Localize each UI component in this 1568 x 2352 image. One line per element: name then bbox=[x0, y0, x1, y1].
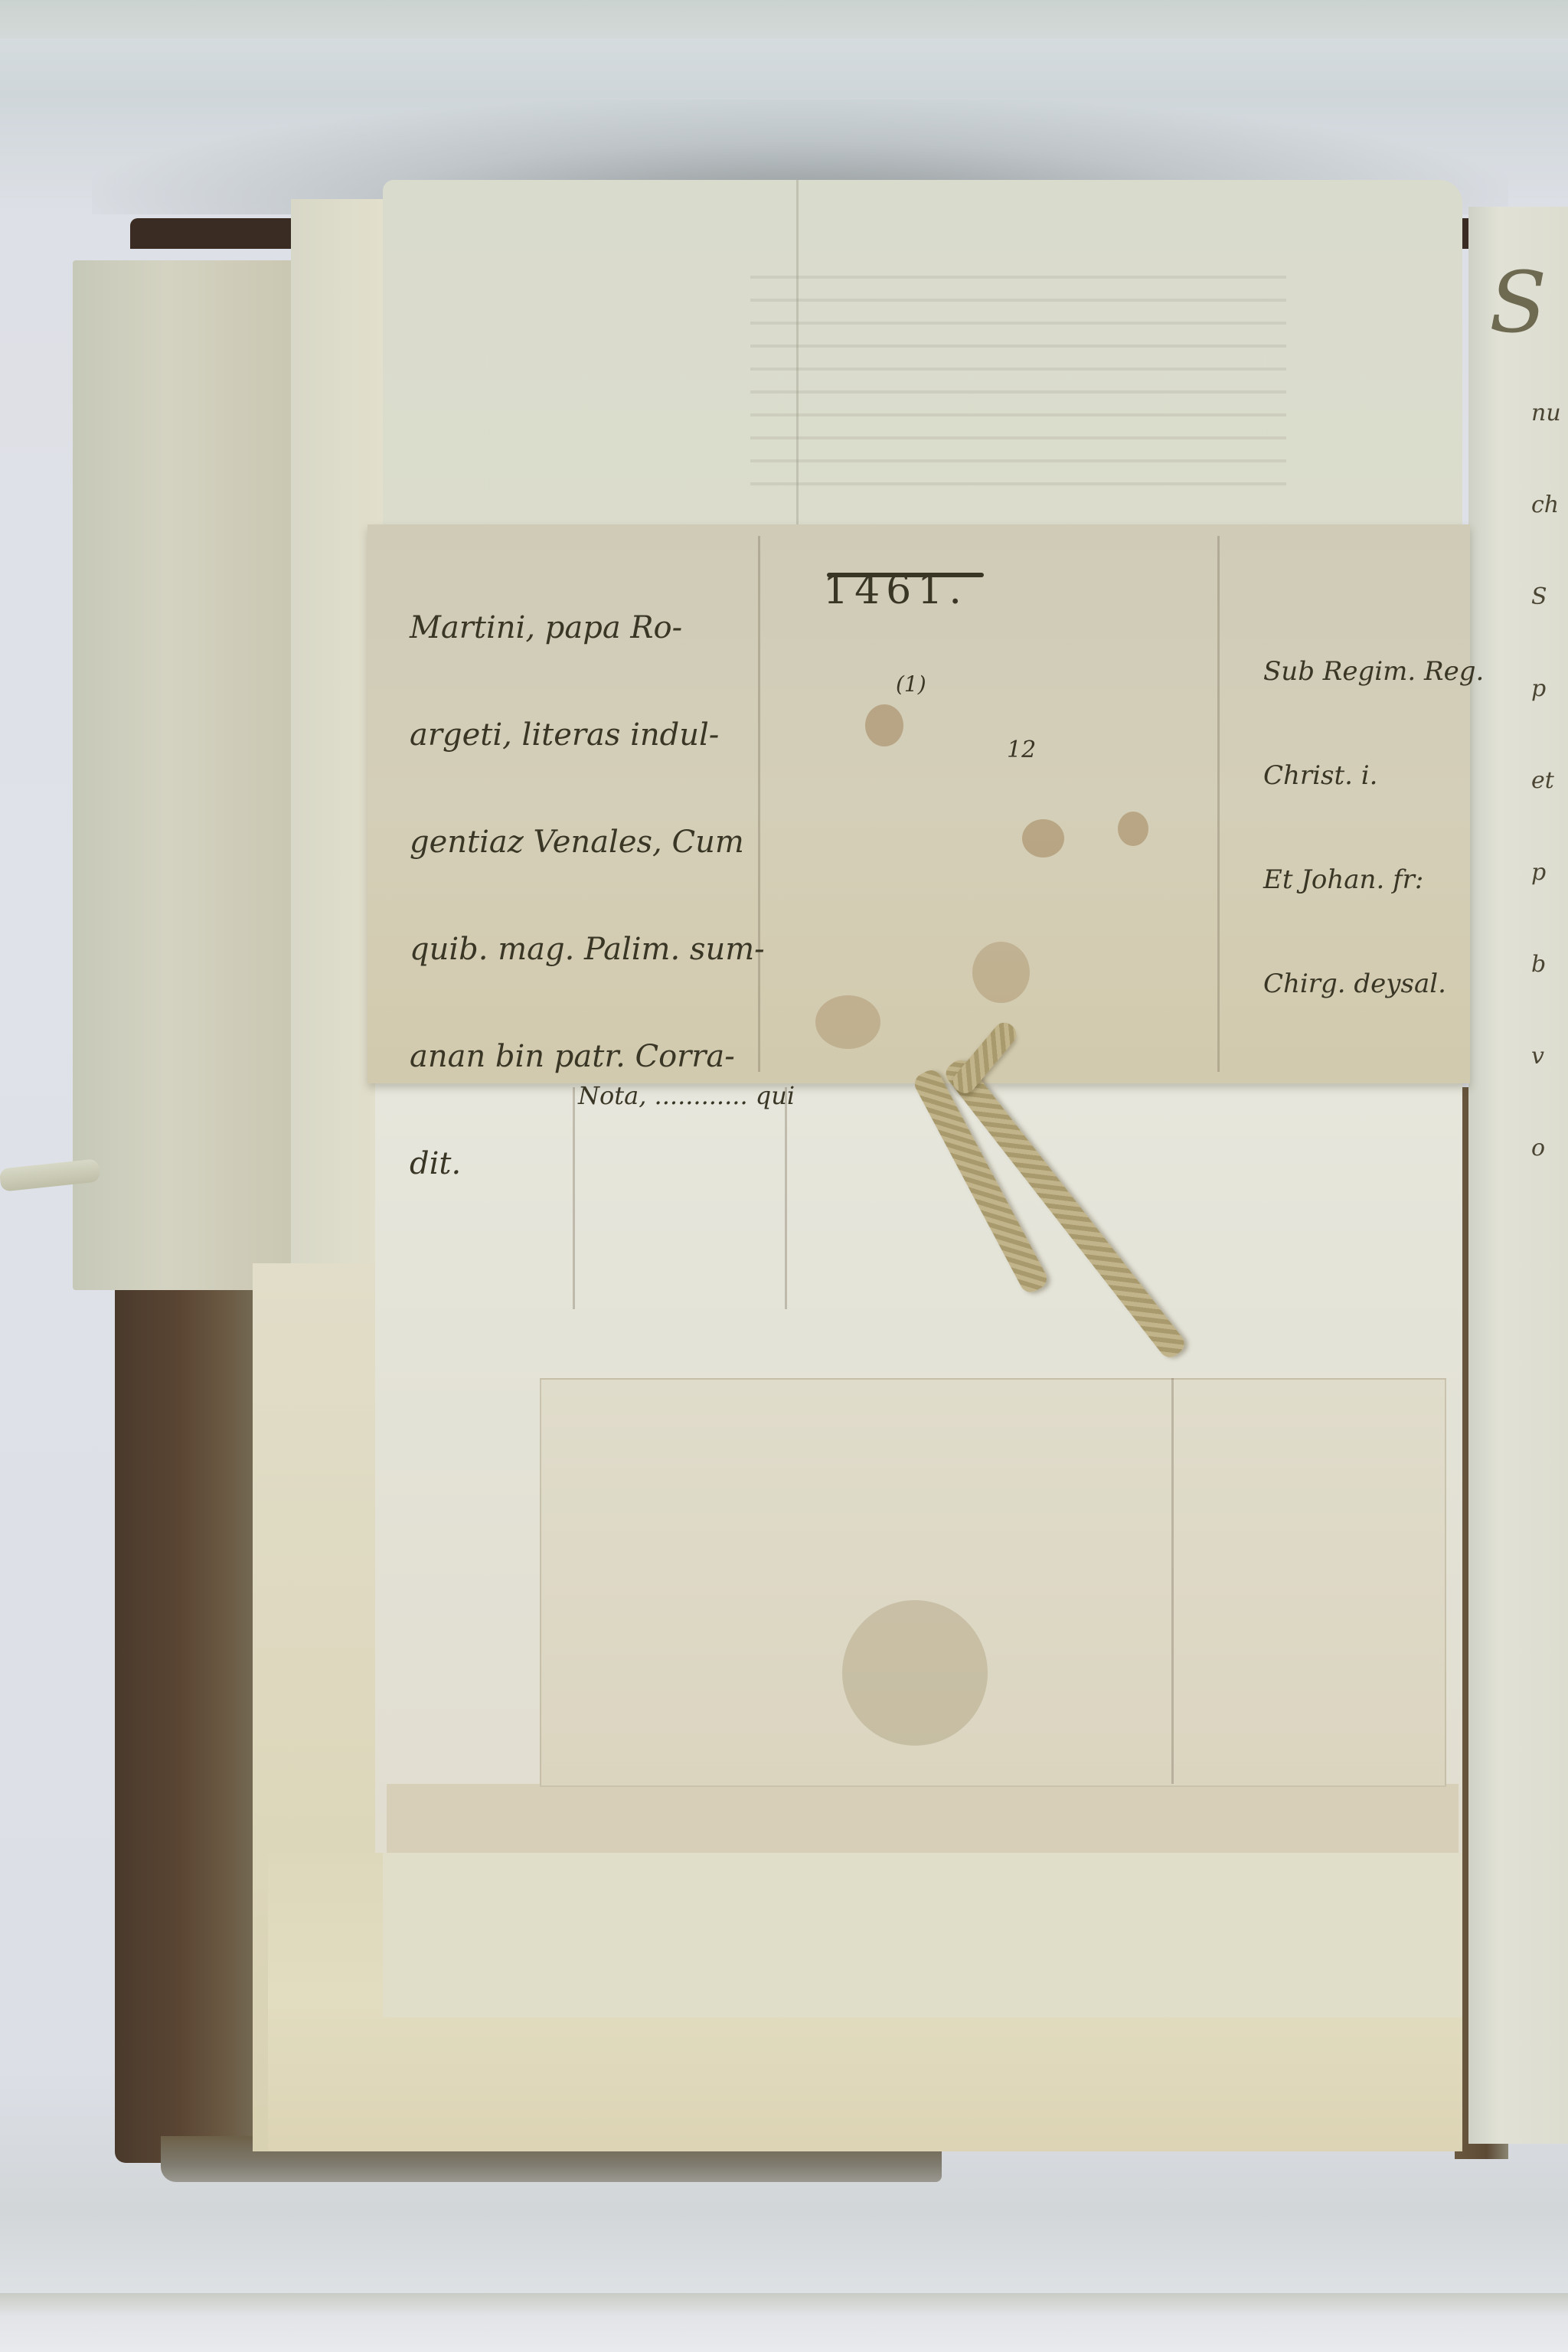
ink-stain bbox=[1022, 819, 1064, 857]
folded-inner-letter bbox=[540, 1378, 1446, 1787]
background-page-strip-top bbox=[0, 0, 1568, 38]
fold-line bbox=[796, 180, 799, 524]
background-page-strip-bottom bbox=[0, 2293, 1568, 2352]
facing-page-text: nu ch S p et p b v o bbox=[1531, 345, 1568, 1217]
handwritten-year: 1461. bbox=[823, 570, 968, 610]
text-fragment: S bbox=[1531, 574, 1568, 620]
note-line: Chirg. deysal. bbox=[1263, 958, 1493, 1010]
parchment-flyleaf-left bbox=[73, 260, 302, 1290]
note-line: Et Johan. fr: bbox=[1263, 854, 1493, 906]
fold-line bbox=[1171, 1378, 1174, 1784]
handwritten-note-left: Martini, papa Ro- argeti, literas indul-… bbox=[410, 547, 777, 1244]
handwritten-note-bottom: Nota, ............ qui bbox=[578, 1083, 795, 1108]
note-line: quib. mag. Palim. sum- bbox=[410, 923, 777, 976]
ink-stain bbox=[972, 942, 1030, 1003]
text-fragment: ch bbox=[1531, 482, 1568, 528]
note-line: Martini, papa Ro- bbox=[410, 601, 777, 655]
handwritten-mark: 12 bbox=[1007, 739, 1036, 762]
fold-line bbox=[785, 1087, 787, 1309]
handwritten-mark: (1) bbox=[896, 674, 926, 695]
handwritten-note-right: Sub Regim. Reg. Christ. i. Et Johan. fr:… bbox=[1263, 593, 1493, 1062]
ink-stain bbox=[815, 995, 880, 1049]
decorated-initial: S bbox=[1489, 260, 1547, 345]
text-fragment: v bbox=[1531, 1034, 1568, 1080]
tan-paper-strip bbox=[387, 1784, 1459, 1853]
text-fragment: nu bbox=[1531, 390, 1568, 436]
water-stain bbox=[842, 1600, 988, 1746]
leather-cover-left bbox=[115, 1286, 276, 2163]
ink-stain bbox=[1118, 812, 1148, 846]
note-line: argeti, literas indul- bbox=[410, 708, 777, 762]
faint-show-through-text bbox=[750, 276, 1286, 505]
text-fragment: o bbox=[1531, 1125, 1568, 1171]
note-line: Christ. i. bbox=[1263, 750, 1493, 802]
note-line: dit. bbox=[410, 1137, 777, 1191]
text-fragment: et bbox=[1531, 758, 1568, 804]
text-fragment: b bbox=[1531, 942, 1568, 988]
note-line: Sub Regim. Reg. bbox=[1263, 645, 1493, 697]
text-fragment: p bbox=[1531, 850, 1568, 896]
ink-stain bbox=[865, 704, 903, 746]
note-line: anan bin patr. Corra- bbox=[410, 1030, 777, 1083]
text-fragment: p bbox=[1531, 666, 1568, 712]
note-line: gentiaz Venales, Cum bbox=[410, 815, 777, 869]
fold-line bbox=[1217, 536, 1220, 1072]
